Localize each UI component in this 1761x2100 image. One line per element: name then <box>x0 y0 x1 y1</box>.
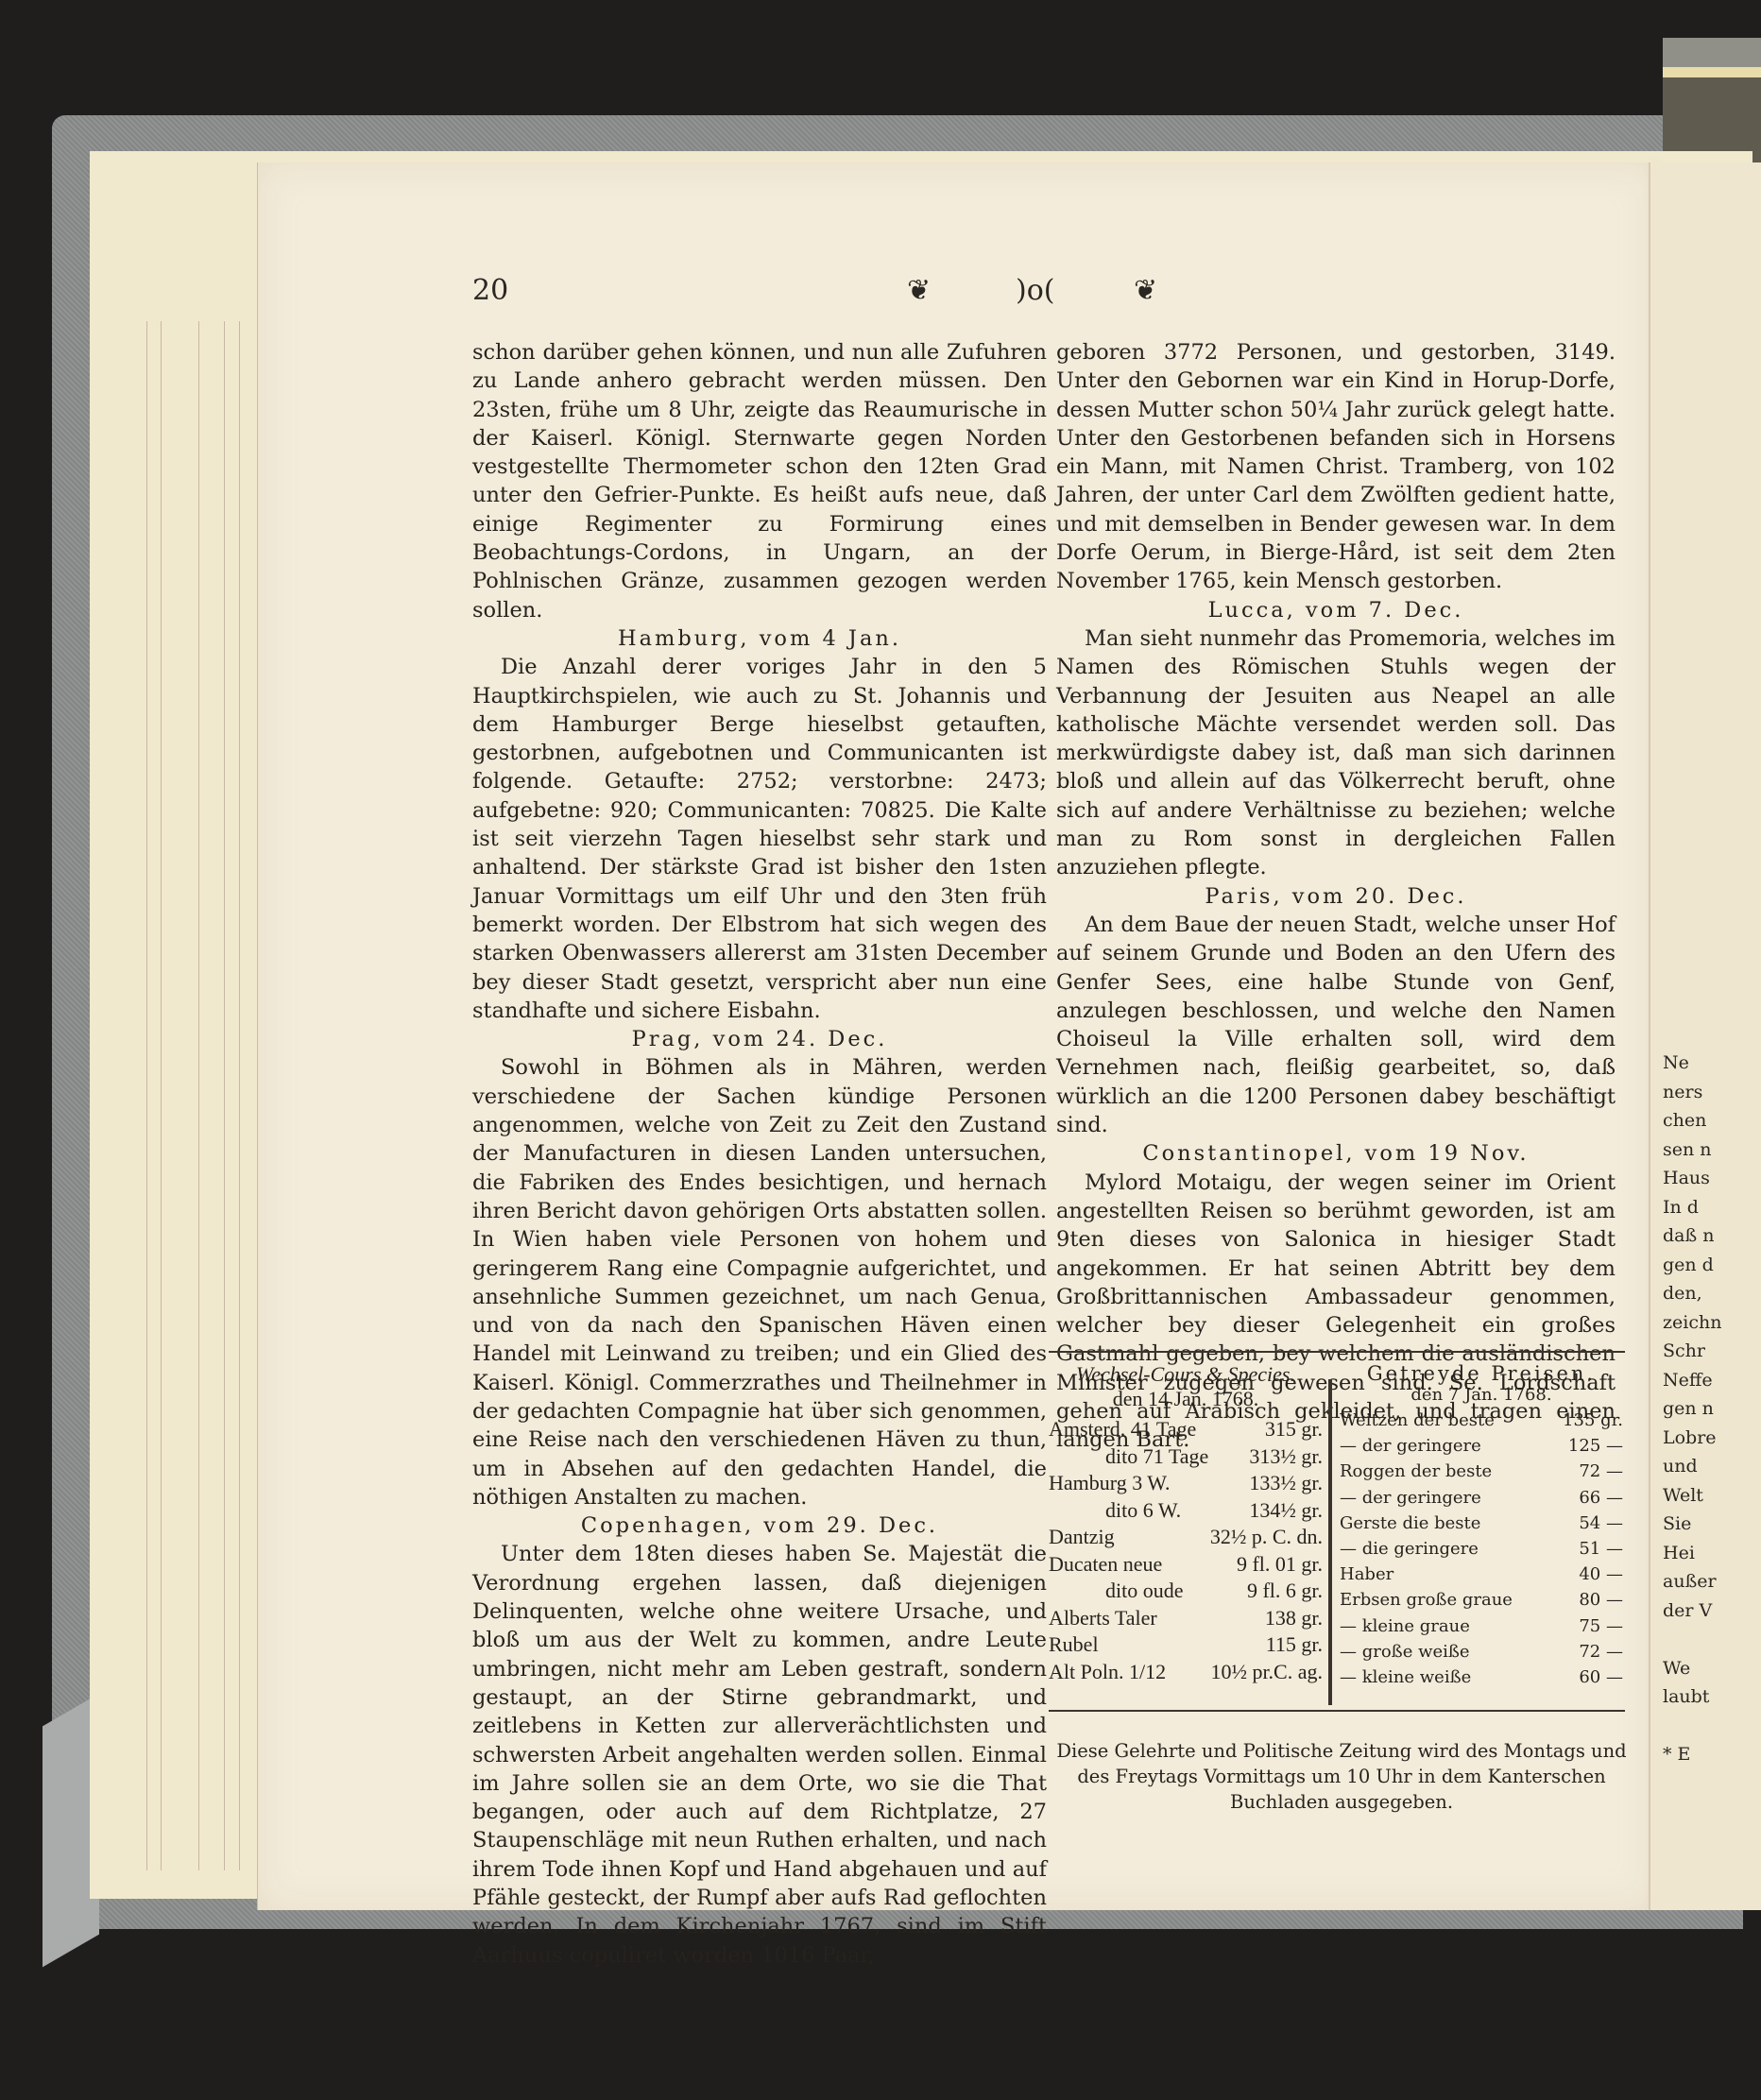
facing-page-line: sen n <box>1663 1135 1761 1165</box>
row-value: 10½ pr.C. ag. <box>1210 1660 1323 1684</box>
row-value: 32½ p. C. dn. <box>1210 1525 1323 1549</box>
row-value: 135 gr. <box>1563 1410 1623 1430</box>
shell-ornament-icon: ❦ <box>907 274 931 307</box>
article-paragraph: Unter dem 18ten dieses haben Se. Majestä… <box>472 1540 1047 1969</box>
article-dateline: Lucca, vom 7. Dec. <box>1056 596 1616 624</box>
grain-table-title: Getreyde Preisen. <box>1340 1362 1623 1385</box>
exchange-rate-table: Wechsel-Cours & Species. den 14 Jan. 176… <box>1049 1362 1323 1686</box>
article-dateline: Hamburg, vom 4 Jan. <box>472 624 1047 653</box>
page-edge <box>239 321 240 1870</box>
table-row: Alberts Taler138 gr. <box>1049 1606 1323 1633</box>
background-book <box>1663 38 1761 170</box>
table-row: Dantzig32½ p. C. dn. <box>1049 1525 1323 1552</box>
article-paragraph: schon darüber gehen können, und nun alle… <box>472 338 1047 624</box>
table-row: Hamburg 3 W.133½ gr. <box>1049 1471 1323 1498</box>
row-label: — der geringere <box>1340 1436 1481 1456</box>
article-dateline: Constantinopel, vom 19 Nov. <box>1056 1139 1616 1168</box>
table-row: — der geringere66 — <box>1340 1488 1623 1513</box>
page-edge <box>146 321 147 1870</box>
row-value: 115 gr. <box>1266 1632 1323 1657</box>
grain-price-table: Getreyde Preisen. den 7 Jan. 1768. Weitz… <box>1340 1362 1623 1693</box>
facing-page-line: und <box>1663 1452 1761 1481</box>
table-rule-bottom <box>1049 1710 1625 1712</box>
row-label: Roggen der beste <box>1340 1461 1492 1481</box>
facing-page-line: We <box>1663 1654 1761 1683</box>
table-row: — die geringere51 — <box>1340 1539 1623 1564</box>
table-row: Amsterd. 41 Tage315 gr. <box>1049 1417 1323 1444</box>
row-label: Alt Poln. 1/12 <box>1049 1660 1166 1684</box>
row-label: Dantzig <box>1049 1525 1115 1549</box>
center-ornament: )o( <box>1016 274 1054 307</box>
row-value: 313½ gr. <box>1249 1444 1323 1469</box>
article-dateline: Paris, vom 20. Dec. <box>1056 882 1616 911</box>
table-divider <box>1328 1379 1332 1705</box>
row-label: Hamburg 3 W. <box>1049 1471 1171 1495</box>
table-row: — große weiße72 — <box>1340 1642 1623 1667</box>
table-row: — kleine weiße60 — <box>1340 1667 1623 1693</box>
row-value: 9 fl. 01 gr. <box>1237 1552 1323 1577</box>
row-value: 125 — <box>1568 1436 1623 1456</box>
facing-page-line: daß n <box>1663 1221 1761 1251</box>
article-paragraph: geboren 3772 Personen, und gestorben, 31… <box>1056 338 1616 596</box>
table-row: Alt Poln. 1/1210½ pr.C. ag. <box>1049 1660 1323 1687</box>
facing-page-line: In d <box>1663 1193 1761 1222</box>
facing-page-line: den, <box>1663 1279 1761 1308</box>
article-paragraph: Man sieht nunmehr das Promemoria, welche… <box>1056 624 1616 882</box>
row-value: 51 — <box>1579 1539 1623 1559</box>
page-number: 20 <box>472 274 508 307</box>
publication-note: Diese Gelehrte und Politische Zeitung wi… <box>1049 1738 1634 1815</box>
table-row: — der geringere125 — <box>1340 1436 1623 1461</box>
row-label: — große weiße <box>1340 1642 1470 1662</box>
row-label: Haber <box>1340 1564 1393 1584</box>
row-value: 80 — <box>1579 1590 1623 1610</box>
facing-page-line: Neffe <box>1663 1366 1761 1395</box>
page-edge <box>161 321 162 1870</box>
row-label: — der geringere <box>1340 1488 1481 1508</box>
facing-page-line: Welt <box>1663 1481 1761 1511</box>
row-value: 134½ gr. <box>1249 1498 1323 1523</box>
row-value: 133½ gr. <box>1249 1471 1323 1495</box>
row-label: dito 71 Tage <box>1049 1444 1208 1469</box>
table-row: Erbsen große graue80 — <box>1340 1590 1623 1615</box>
article-paragraph: Die Anzahl derer voriges Jahr in den 5 H… <box>472 653 1047 1025</box>
row-label: — kleine graue <box>1340 1616 1470 1636</box>
facing-page-line: zeichn <box>1663 1308 1761 1338</box>
left-column: schon darüber gehen können, und nun alle… <box>472 338 1047 1970</box>
row-label: Alberts Taler <box>1049 1606 1157 1630</box>
row-label: Rubel <box>1049 1632 1099 1657</box>
table-row: Ducaten neue9 fl. 01 gr. <box>1049 1552 1323 1579</box>
row-value: 66 — <box>1579 1488 1623 1508</box>
price-tables: Wechsel-Cours & Species. den 14 Jan. 176… <box>1049 1351 1634 1719</box>
facing-page-line: gen n <box>1663 1394 1761 1424</box>
row-value: 9 fl. 6 gr. <box>1247 1579 1323 1603</box>
row-value: 40 — <box>1579 1564 1623 1584</box>
article-dateline: Copenhagen, vom 29. Dec. <box>472 1511 1047 1540</box>
facing-page-line: ners <box>1663 1078 1761 1107</box>
row-value: 72 — <box>1579 1642 1623 1662</box>
table-row: — kleine graue75 — <box>1340 1616 1623 1642</box>
row-label: Erbsen große graue <box>1340 1590 1513 1610</box>
facing-page-line: Lobre <box>1663 1424 1761 1453</box>
row-label: Gerste die beste <box>1340 1513 1480 1533</box>
facing-page-line: Sie <box>1663 1510 1761 1539</box>
facing-page <box>1650 162 1761 1910</box>
grain-table-date: den 7 Jan. 1768. <box>1340 1385 1623 1405</box>
page-header: 20 ❦ )o( ❦ <box>472 274 1634 321</box>
table-row: Rubel115 gr. <box>1049 1632 1323 1660</box>
facing-page-line: * E <box>1663 1740 1761 1769</box>
table-rule-top <box>1049 1351 1625 1353</box>
facing-page-line: Schr <box>1663 1337 1761 1366</box>
page-edge <box>198 321 199 1870</box>
table-row: dito 6 W.134½ gr. <box>1049 1498 1323 1526</box>
exchange-table-title: Wechsel-Cours & Species. <box>1049 1362 1323 1387</box>
table-row: Weitzen der beste135 gr. <box>1340 1410 1623 1436</box>
row-value: 138 gr. <box>1265 1606 1323 1630</box>
facing-page-line: Haus <box>1663 1164 1761 1193</box>
row-value: 54 — <box>1579 1513 1623 1533</box>
facing-page-line: Ne <box>1663 1049 1761 1078</box>
row-value: 75 — <box>1579 1616 1623 1636</box>
exchange-table-date: den 14 Jan. 1768. <box>1049 1387 1323 1411</box>
facing-page-line: der V <box>1663 1596 1761 1626</box>
table-row: dito 71 Tage313½ gr. <box>1049 1444 1323 1472</box>
facing-page-line: gen d <box>1663 1251 1761 1280</box>
table-row: Haber40 — <box>1340 1564 1623 1590</box>
row-label: dito oude <box>1049 1579 1184 1603</box>
article-paragraph: Sowohl in Böhmen als in Mähren, werden v… <box>472 1053 1047 1511</box>
facing-page-line: laubt <box>1663 1682 1761 1712</box>
row-label: Weitzen der beste <box>1340 1410 1495 1430</box>
row-value: 72 — <box>1579 1461 1623 1481</box>
row-value: 60 — <box>1579 1667 1623 1687</box>
table-row: dito oude9 fl. 6 gr. <box>1049 1579 1323 1606</box>
facing-page-line: außer <box>1663 1567 1761 1596</box>
row-label: Amsterd. 41 Tage <box>1049 1417 1196 1442</box>
page-edge <box>224 321 225 1870</box>
table-row: Roggen der beste72 — <box>1340 1461 1623 1487</box>
row-label: — kleine weiße <box>1340 1667 1471 1687</box>
article-dateline: Prag, vom 24. Dec. <box>472 1025 1047 1053</box>
row-value: 315 gr. <box>1265 1417 1323 1442</box>
row-label: dito 6 W. <box>1049 1498 1181 1523</box>
row-label: — die geringere <box>1340 1539 1479 1559</box>
row-label: Ducaten neue <box>1049 1552 1162 1577</box>
facing-page-line: chen <box>1663 1106 1761 1135</box>
article-paragraph: An dem Baue der neuen Stadt, welche unse… <box>1056 911 1616 1139</box>
shell-ornament-icon: ❦ <box>1134 274 1157 307</box>
table-row: Gerste die beste54 — <box>1340 1513 1623 1539</box>
right-column: geboren 3772 Personen, und gestorben, 31… <box>1056 338 1616 1455</box>
facing-page-line: Hei <box>1663 1539 1761 1568</box>
